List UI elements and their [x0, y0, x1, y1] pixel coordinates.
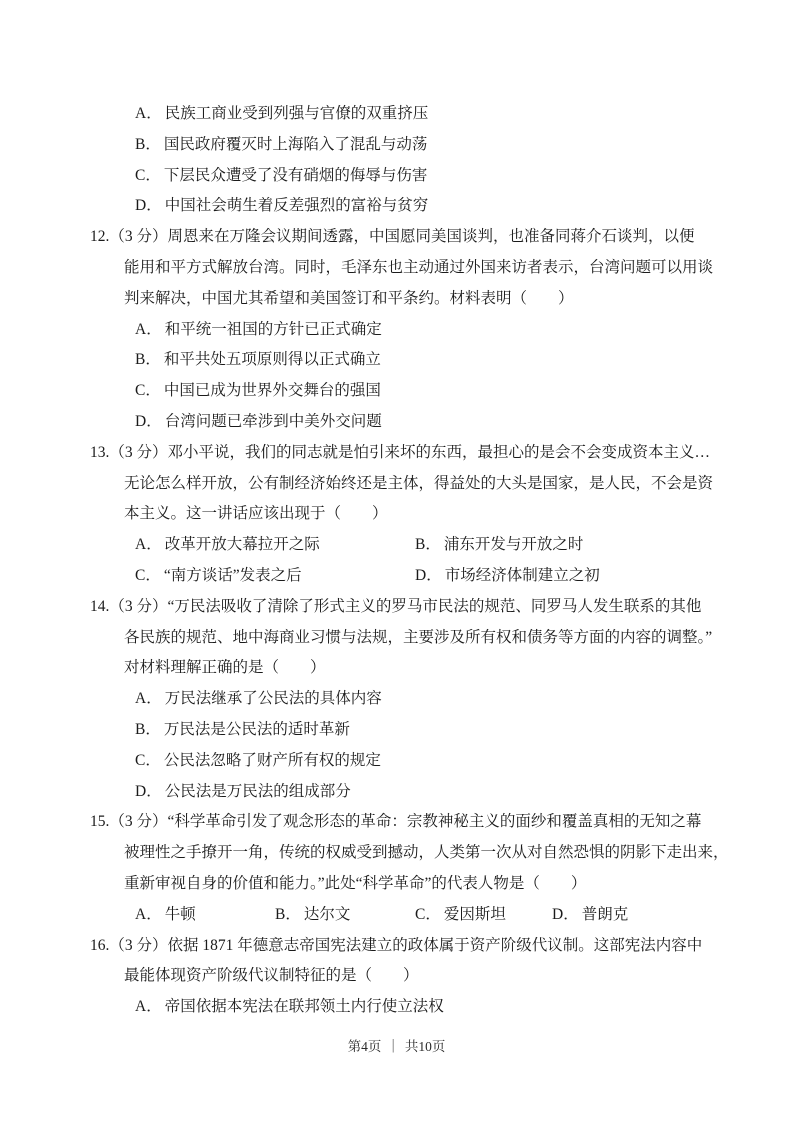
option-label: C．	[135, 567, 161, 584]
question-stem-line: 本主义。这一讲话应该出现于（ ）	[90, 499, 750, 530]
option-text: 民族工商业受到列强与官僚的双重挤压	[165, 105, 429, 122]
option-text: 帝国依据本宪法在联邦领土内行使立法权	[165, 998, 444, 1015]
option: A．改革开放大幕拉开之际	[135, 530, 415, 561]
exam-page: A．民族工商业受到列强与官僚的双重挤压 B．国民政府覆灭时上海陷入了混乱与动荡 …	[0, 0, 793, 1122]
option-label: A．	[135, 536, 162, 553]
option-text: 普朗克	[582, 906, 629, 923]
question-number: 15.	[90, 813, 109, 830]
option: D．市场经济体制建立之初	[415, 561, 600, 592]
option: A．牛顿	[135, 900, 275, 931]
option-label: D．	[415, 567, 442, 584]
option-label: D．	[552, 906, 579, 923]
option-row: C．“南方谈话”发表之后 D．市场经济体制建立之初	[90, 561, 750, 592]
option-text: 万民法是公民法的适时革新	[164, 721, 350, 738]
option-label: B．	[415, 536, 441, 553]
question-15: 15.（3 分）“科学革命引发了观念形态的革命：宗教神秘主义的面纱和覆盖真相的无…	[90, 807, 750, 930]
question-14: 14.（3 分）“万民法吸收了清除了形式主义的罗马市民法的规范、同罗马人发生联系…	[90, 592, 750, 808]
question-stem-line: 16.（3 分）依据 1871 年德意志帝国宪法建立的政体属于资产阶级代议制。这…	[90, 931, 750, 962]
option-row: A．民族工商业受到列强与官僚的双重挤压	[90, 99, 750, 130]
question-stem-text: “科学革命引发了观念形态的革命：宗教神秘主义的面纱和覆盖真相的无知之幕	[168, 813, 702, 830]
option-label: D．	[135, 783, 162, 800]
option-row: D．公民法是万民法的组成部分	[90, 777, 750, 808]
option-label: C．	[135, 752, 161, 769]
question-stem-line: 能用和平方式解放台湾。同时，毛泽东也主动通过外国来访者表示，台湾问题可以用谈	[90, 253, 750, 284]
option-row: C．公民法忽略了财产所有权的规定	[90, 746, 750, 777]
option: B．达尔文	[275, 900, 415, 931]
option-text: 浦东开发与开放之时	[444, 536, 584, 553]
question-stem-line: 对材料理解正确的是（ ）	[90, 653, 750, 684]
option: B．浦东开发与开放之时	[415, 530, 583, 561]
footer-total-pages: 共10页	[405, 1039, 446, 1054]
question-points: （3 分）	[109, 937, 167, 954]
question-stem-line: 重新审视自身的价值和能力。”此处“科学革命”的代表人物是（ ）	[90, 869, 750, 900]
option-row: A．帝国依据本宪法在联邦领土内行使立法权	[90, 992, 750, 1023]
question-points: （3 分）	[109, 813, 167, 830]
question-points: （3 分）	[109, 228, 167, 245]
question-stem-line: 14.（3 分）“万民法吸收了清除了形式主义的罗马市民法的规范、同罗马人发生联系…	[90, 592, 750, 623]
option-row: B．国民政府覆灭时上海陷入了混乱与动荡	[90, 130, 750, 161]
option-label: B．	[135, 721, 161, 738]
question-stem-line: 判来解决，中国尤其希望和美国签订和平条约。材料表明（ ）	[90, 284, 750, 315]
option: C．“南方谈话”发表之后	[135, 561, 415, 592]
option-text: 和平统一祖国的方针已正式确定	[165, 321, 382, 338]
option-label: A．	[135, 998, 162, 1015]
option-label: A．	[135, 906, 162, 923]
question-number: 12.	[90, 228, 109, 245]
option-text: 改革开放大幕拉开之际	[165, 536, 320, 553]
option-text: 和平共处五项原则得以正式确立	[164, 351, 381, 368]
option-label: C．	[415, 906, 441, 923]
option-text: “南方谈话”发表之后	[164, 567, 302, 584]
question-stem-text: 邓小平说，我们的同志就是怕引来坏的东西，最担心的是会不会变成资本主义…	[168, 444, 711, 461]
option-text: 达尔文	[304, 906, 351, 923]
question-stem-line: 13.（3 分）邓小平说，我们的同志就是怕引来坏的东西，最担心的是会不会变成资本…	[90, 438, 750, 469]
question-number: 16.	[90, 937, 109, 954]
option-text: 中国社会萌生着反差强烈的富裕与贫穷	[165, 197, 429, 214]
option-text: 爱因斯坦	[444, 906, 506, 923]
question-stem-line: 无论怎么样开放，公有制经济始终还是主体，得益处的大头是国家，是人民，不会是资	[90, 469, 750, 500]
question-number: 14.	[90, 598, 109, 615]
question-stem-text: 周恩来在万隆会议期间透露，中国愿同美国谈判，也准备同蒋介石谈判，以便	[168, 228, 695, 245]
option-row: A．和平统一祖国的方针已正式确定	[90, 315, 750, 346]
question-stem-line: 被理性之手撩开一角，传统的权威受到撼动，人类第一次从对自然恐惧的阴影下走出来，	[90, 838, 750, 869]
option-label: C．	[135, 382, 161, 399]
option: D．普朗克	[552, 900, 628, 931]
option-row: C．中国已成为世界外交舞台的强国	[90, 376, 750, 407]
option-text: 市场经济体制建立之初	[445, 567, 600, 584]
option-text: 牛顿	[165, 906, 196, 923]
question-number: 13.	[90, 444, 109, 461]
option-text: 公民法忽略了财产所有权的规定	[164, 752, 381, 769]
question-stem-text: 依据 1871 年德意志帝国宪法建立的政体属于资产阶级代议制。这部宪法内容中	[168, 937, 703, 954]
option-text: 公民法是万民法的组成部分	[165, 783, 351, 800]
question-points: （3 分）	[109, 598, 167, 615]
option-row: C．下层民众遭受了没有硝烟的侮辱与伤害	[90, 161, 750, 192]
question-points: （3 分）	[109, 444, 167, 461]
option-row: B．万民法是公民法的适时革新	[90, 715, 750, 746]
option-label: A．	[135, 321, 162, 338]
question-stem-line: 12.（3 分）周恩来在万隆会议期间透露，中国愿同美国谈判，也准备同蒋介石谈判，…	[90, 222, 750, 253]
question-stem-text: “万民法吸收了清除了形式主义的罗马市民法的规范、同罗马人发生联系的其他	[168, 598, 702, 615]
option-text: 国民政府覆灭时上海陷入了混乱与动荡	[164, 136, 428, 153]
option-label: D．	[135, 413, 162, 430]
option-label: D．	[135, 197, 162, 214]
question-stem-line: 最能体现资产阶级代议制特征的是（ ）	[90, 961, 750, 992]
option-label: B．	[135, 136, 161, 153]
option-row: A．改革开放大幕拉开之际 B．浦东开发与开放之时	[90, 530, 750, 561]
question-16: 16.（3 分）依据 1871 年德意志帝国宪法建立的政体属于资产阶级代议制。这…	[90, 931, 750, 1023]
question-11-options: A．民族工商业受到列强与官僚的双重挤压 B．国民政府覆灭时上海陷入了混乱与动荡 …	[90, 99, 750, 222]
option-row: D．台湾问题已牵涉到中美外交问题	[90, 407, 750, 438]
option-text: 下层民众遭受了没有硝烟的侮辱与伤害	[164, 167, 428, 184]
option-row: D．中国社会萌生着反差强烈的富裕与贫穷	[90, 191, 750, 222]
option-row: A．万民法继承了公民法的具体内容	[90, 684, 750, 715]
option-label: A．	[135, 105, 162, 122]
option-row: B．和平共处五项原则得以正式确立	[90, 345, 750, 376]
option-text: 中国已成为世界外交舞台的强国	[164, 382, 381, 399]
option-text: 万民法继承了公民法的具体内容	[165, 690, 382, 707]
option-label: C．	[135, 167, 161, 184]
option-label: B．	[275, 906, 301, 923]
question-stem-line: 各民族的规范、地中海商业习惯与法规，主要涉及所有权和债务等方面的内容的调整。”	[90, 623, 750, 654]
option-label: A．	[135, 690, 162, 707]
option: C．爱因斯坦	[415, 900, 552, 931]
option-label: B．	[135, 351, 161, 368]
exam-content: A．民族工商业受到列强与官僚的双重挤压 B．国民政府覆灭时上海陷入了混乱与动荡 …	[90, 99, 750, 1023]
option-row: A．牛顿 B．达尔文 C．爱因斯坦 D．普朗克	[90, 900, 750, 931]
option-text: 台湾问题已牵涉到中美外交问题	[165, 413, 382, 430]
footer-page-number: 第4页	[348, 1039, 382, 1054]
page-footer: 第4页｜共10页	[0, 1035, 793, 1055]
footer-separator: ｜	[386, 1039, 400, 1054]
question-12: 12.（3 分）周恩来在万隆会议期间透露，中国愿同美国谈判，也准备同蒋介石谈判，…	[90, 222, 750, 438]
question-13: 13.（3 分）邓小平说，我们的同志就是怕引来坏的东西，最担心的是会不会变成资本…	[90, 438, 750, 592]
question-stem-line: 15.（3 分）“科学革命引发了观念形态的革命：宗教神秘主义的面纱和覆盖真相的无…	[90, 807, 750, 838]
